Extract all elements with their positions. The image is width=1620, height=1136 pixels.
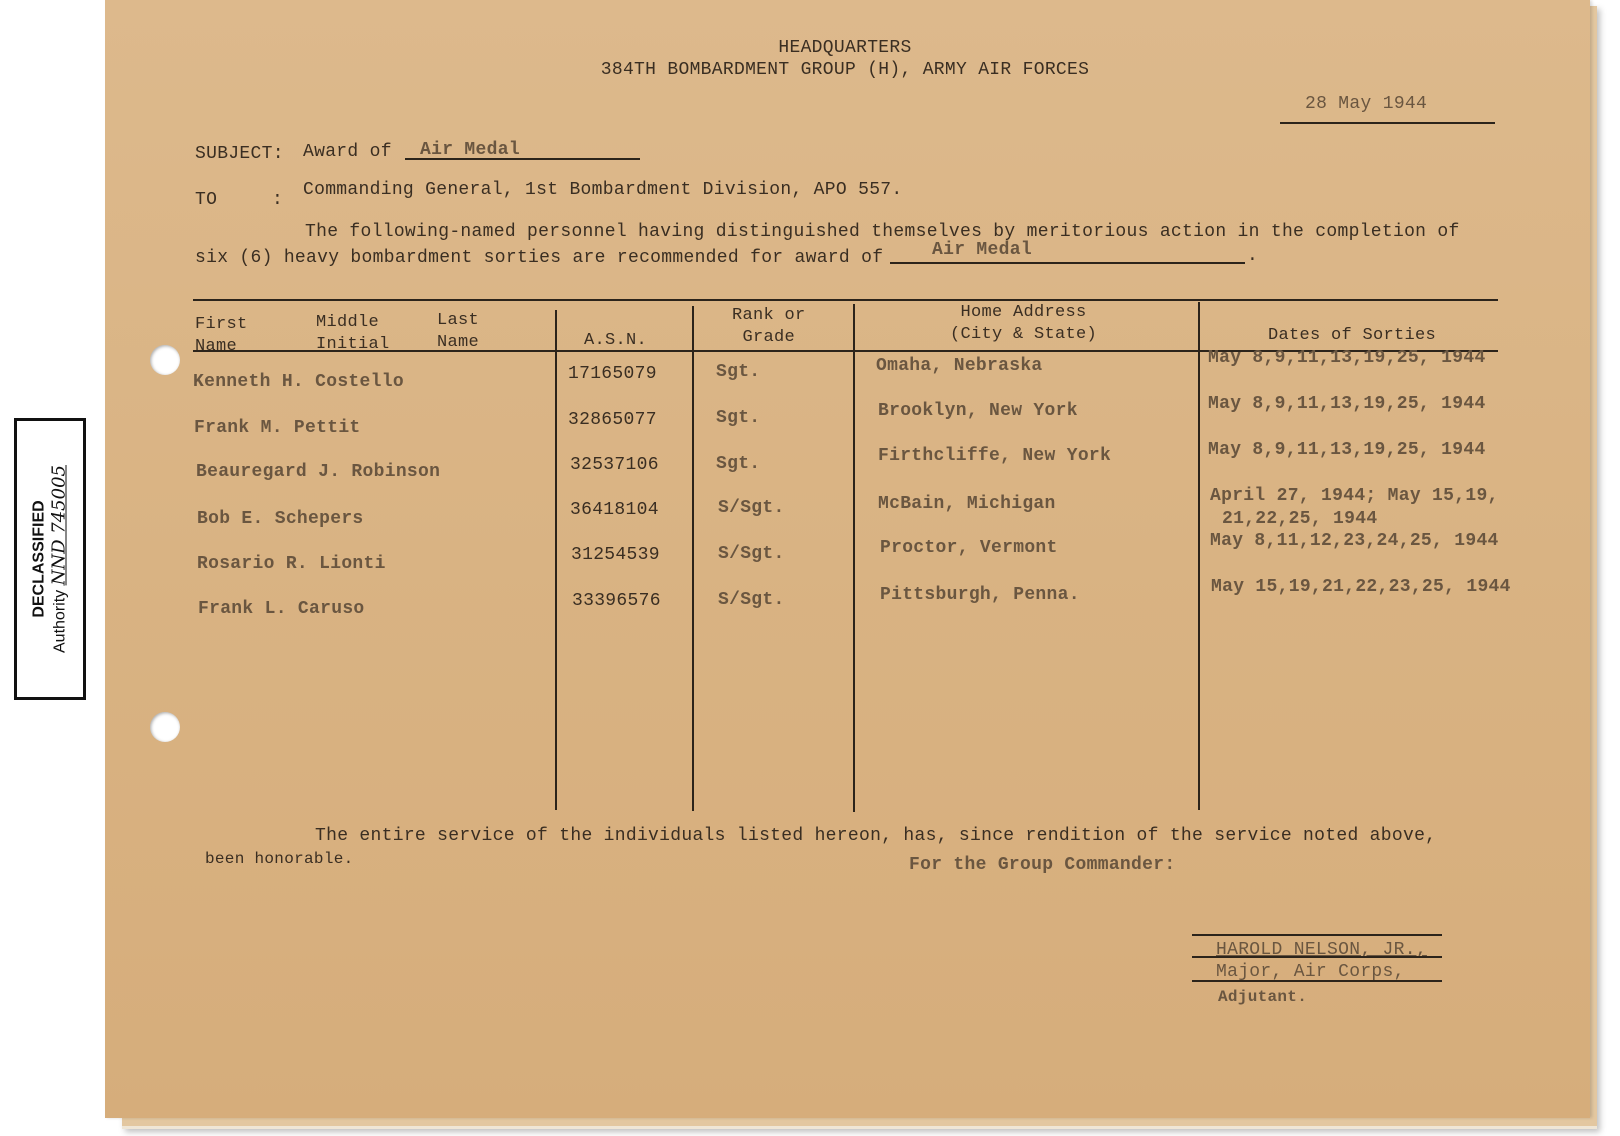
cell-name: Frank M. Pettit <box>194 418 361 438</box>
header-first-name: First Name <box>195 314 248 358</box>
cell-dates: May 8,9,11,13,19,25, 1944 <box>1208 394 1486 414</box>
cell-asn: 32537106 <box>570 455 659 475</box>
cell-asn: 33396576 <box>572 591 661 611</box>
to-recipient: Commanding General, 1st Bombardment Divi… <box>303 180 903 200</box>
cell-rank: S/Sgt. <box>718 498 785 518</box>
punch-hole <box>150 345 180 375</box>
declassified-stamp: DECLASSIFIED Authority NND 745005 <box>14 418 86 700</box>
closing-line2: been honorable. <box>205 850 354 868</box>
cell-dates: May 8,11,12,23,24,25, 1944 <box>1210 531 1499 551</box>
stamp-authority-label: Authority <box>52 590 69 653</box>
cell-name: Frank L. Caruso <box>198 599 365 619</box>
cell-asn: 36418104 <box>570 500 659 520</box>
cell-name: Kenneth H. Costello <box>193 372 404 392</box>
header-last-name: Last Name <box>437 310 479 354</box>
for-group-commander: For the Group Commander: <box>909 855 1175 875</box>
signature-rule <box>1192 956 1442 958</box>
subject-label: SUBJECT: <box>195 144 284 164</box>
column-divider <box>692 306 694 811</box>
signature-rule <box>1192 980 1442 982</box>
to-colon: : <box>272 190 283 210</box>
intro-end: . <box>1247 246 1258 266</box>
letterhead-line2: 384TH BOMBARDMENT GROUP (H), ARMY AIR FO… <box>495 60 1195 80</box>
header-home-address: Home Address (City & State) <box>950 302 1097 346</box>
cell-asn: 31254539 <box>571 545 660 565</box>
cell-address: McBain, Michigan <box>878 494 1056 514</box>
header-dates-of-sorties: Dates of Sorties <box>1268 325 1436 347</box>
signature-rank: Major, Air Corps, <box>1216 962 1405 982</box>
cell-dates: May 15,19,21,22,23,25, 1944 <box>1211 577 1511 597</box>
column-divider <box>555 310 557 810</box>
intro-award: Air Medal <box>932 240 1032 260</box>
cell-rank: S/Sgt. <box>718 544 785 564</box>
cell-rank: S/Sgt. <box>718 590 785 610</box>
subject-prefix: Award of <box>303 142 392 162</box>
cell-rank: Sgt. <box>716 454 760 474</box>
intro-award-rule <box>890 262 1245 264</box>
header-rank: Rank or Grade <box>732 305 806 349</box>
cell-rank: Sgt. <box>716 362 760 382</box>
cell-address: Proctor, Vermont <box>880 538 1058 558</box>
cell-asn: 32865077 <box>568 410 657 430</box>
closing-line1: The entire service of the individuals li… <box>315 826 1436 846</box>
signature-rule <box>1192 934 1442 936</box>
cell-rank: Sgt. <box>716 408 760 428</box>
cell-name: Beauregard J. Robinson <box>196 462 440 482</box>
document-date: 28 May 1944 <box>1305 94 1427 114</box>
cell-address: Pittsburgh, Penna. <box>880 585 1080 605</box>
column-divider <box>1198 302 1200 810</box>
column-divider <box>853 304 855 812</box>
intro-line1: The following-named personnel having dis… <box>305 222 1460 242</box>
cell-dates-cont: 21,22,25, 1944 <box>1222 509 1377 529</box>
cell-dates: April 27, 1944; May 15,19, <box>1210 486 1499 506</box>
cell-dates: May 8,9,11,13,19,25, 1944 <box>1208 348 1486 368</box>
cell-asn: 17165079 <box>568 364 657 384</box>
header-middle-initial: Middle Initial <box>316 312 390 356</box>
date-rule <box>1280 122 1495 124</box>
stamp-title: DECLASSIFIED <box>31 465 49 653</box>
subject-award: Air Medal <box>420 140 520 160</box>
cell-address: Firthcliffe, New York <box>878 446 1111 466</box>
to-label: TO <box>195 190 217 210</box>
cell-address: Omaha, Nebraska <box>876 356 1043 376</box>
table-top-rule <box>193 299 1498 301</box>
cell-name: Rosario R. Lionti <box>197 554 386 574</box>
punch-hole <box>150 712 180 742</box>
cell-name: Bob E. Schepers <box>197 509 364 529</box>
subject-rule <box>405 158 640 160</box>
cell-dates: May 8,9,11,13,19,25, 1944 <box>1208 440 1486 460</box>
letterhead-line1: HEADQUARTERS <box>495 38 1195 58</box>
header-asn: A.S.N. <box>584 330 647 352</box>
signature-title: Adjutant. <box>1218 988 1307 1006</box>
stamp-authority-number: NND 745005 <box>49 465 70 585</box>
stamp-authority: Authority NND 745005 <box>49 465 70 653</box>
cell-address: Brooklyn, New York <box>878 401 1078 421</box>
intro-line2: six (6) heavy bombardment sorties are re… <box>195 248 883 268</box>
